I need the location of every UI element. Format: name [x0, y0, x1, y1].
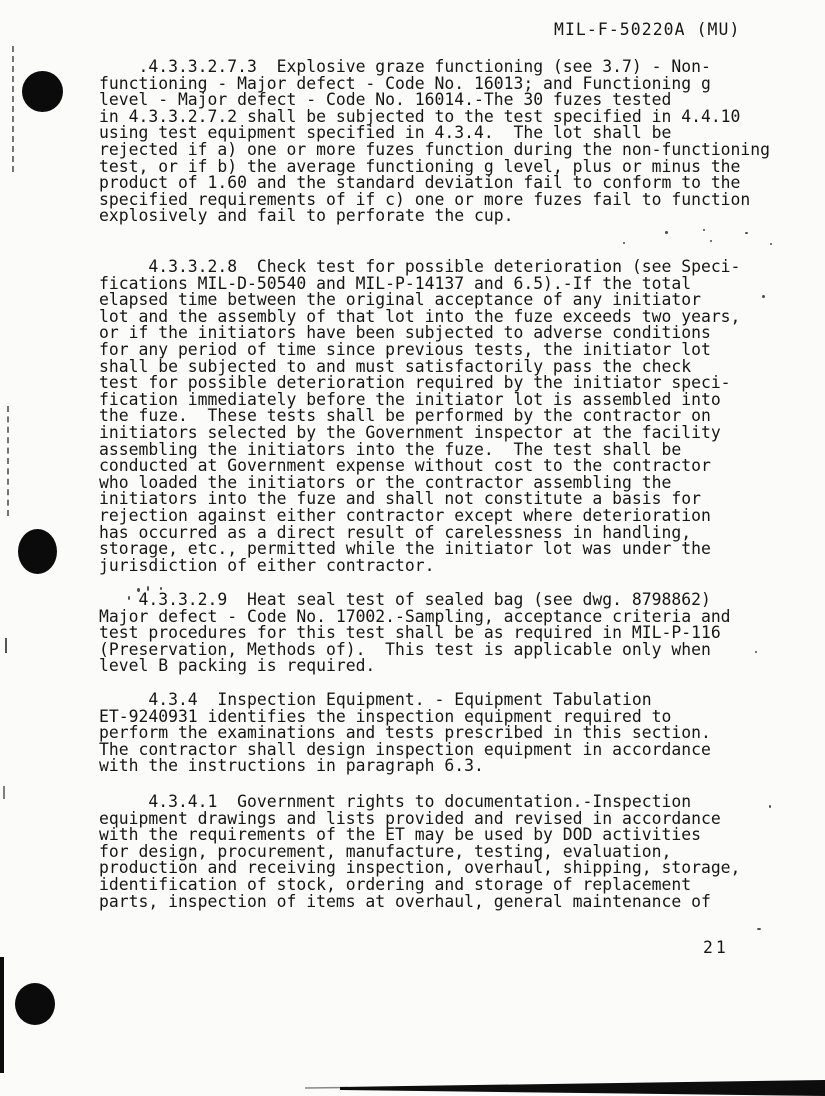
scanned-document-page: MIL-F-50220A (MU) .4.3.3.2.7.3 Explosive…: [0, 0, 825, 1096]
scan-speck: [160, 587, 162, 590]
paragraph-inspection-equipment: 4.3.4 Inspection Equipment. - Equipment …: [99, 692, 711, 775]
scan-speck: [665, 231, 668, 234]
scan-speck: [755, 651, 757, 653]
paragraph-government-rights: 4.3.4.1 Government rights to documentati…: [99, 794, 740, 910]
punch-hole-bottom: [15, 983, 55, 1025]
scan-artifact-left-margin-tick: [3, 786, 5, 799]
scan-speck: [703, 229, 705, 231]
punch-hole-top: [22, 71, 63, 112]
punch-hole-middle: [18, 529, 57, 574]
scan-artifact-left-margin-line: [7, 406, 9, 516]
scan-speck: [769, 805, 771, 808]
scan-speck: [710, 240, 712, 242]
document-id-header: MIL-F-50220A (MU): [554, 21, 740, 39]
paragraph-explosive-graze-functioning: .4.3.3.2.7.3 Explosive graze functioning…: [99, 59, 770, 225]
scan-speck: [623, 242, 625, 244]
paragraph-check-test-deterioration: 4.3.3.2.8 Check test for possible deteri…: [99, 259, 740, 574]
scan-speck: [757, 928, 761, 930]
scan-artifact-bottom-bar: [0, 1076, 825, 1096]
scan-artifact-left-margin-tick: [5, 638, 7, 653]
scan-speck: [770, 243, 772, 245]
page-number: 21: [703, 938, 729, 957]
scan-speck: [137, 588, 140, 592]
scan-artifact-left-margin-line: [12, 46, 14, 172]
scan-speck: [147, 586, 149, 591]
scan-artifact-left-edge-bar: [0, 957, 4, 1073]
scan-speck: [745, 232, 748, 234]
scan-speck: [128, 596, 130, 600]
paragraph-heat-seal-test: 4.3.3.2.9 Heat seal test of sealed bag (…: [99, 592, 731, 675]
scan-speck: [762, 295, 765, 298]
